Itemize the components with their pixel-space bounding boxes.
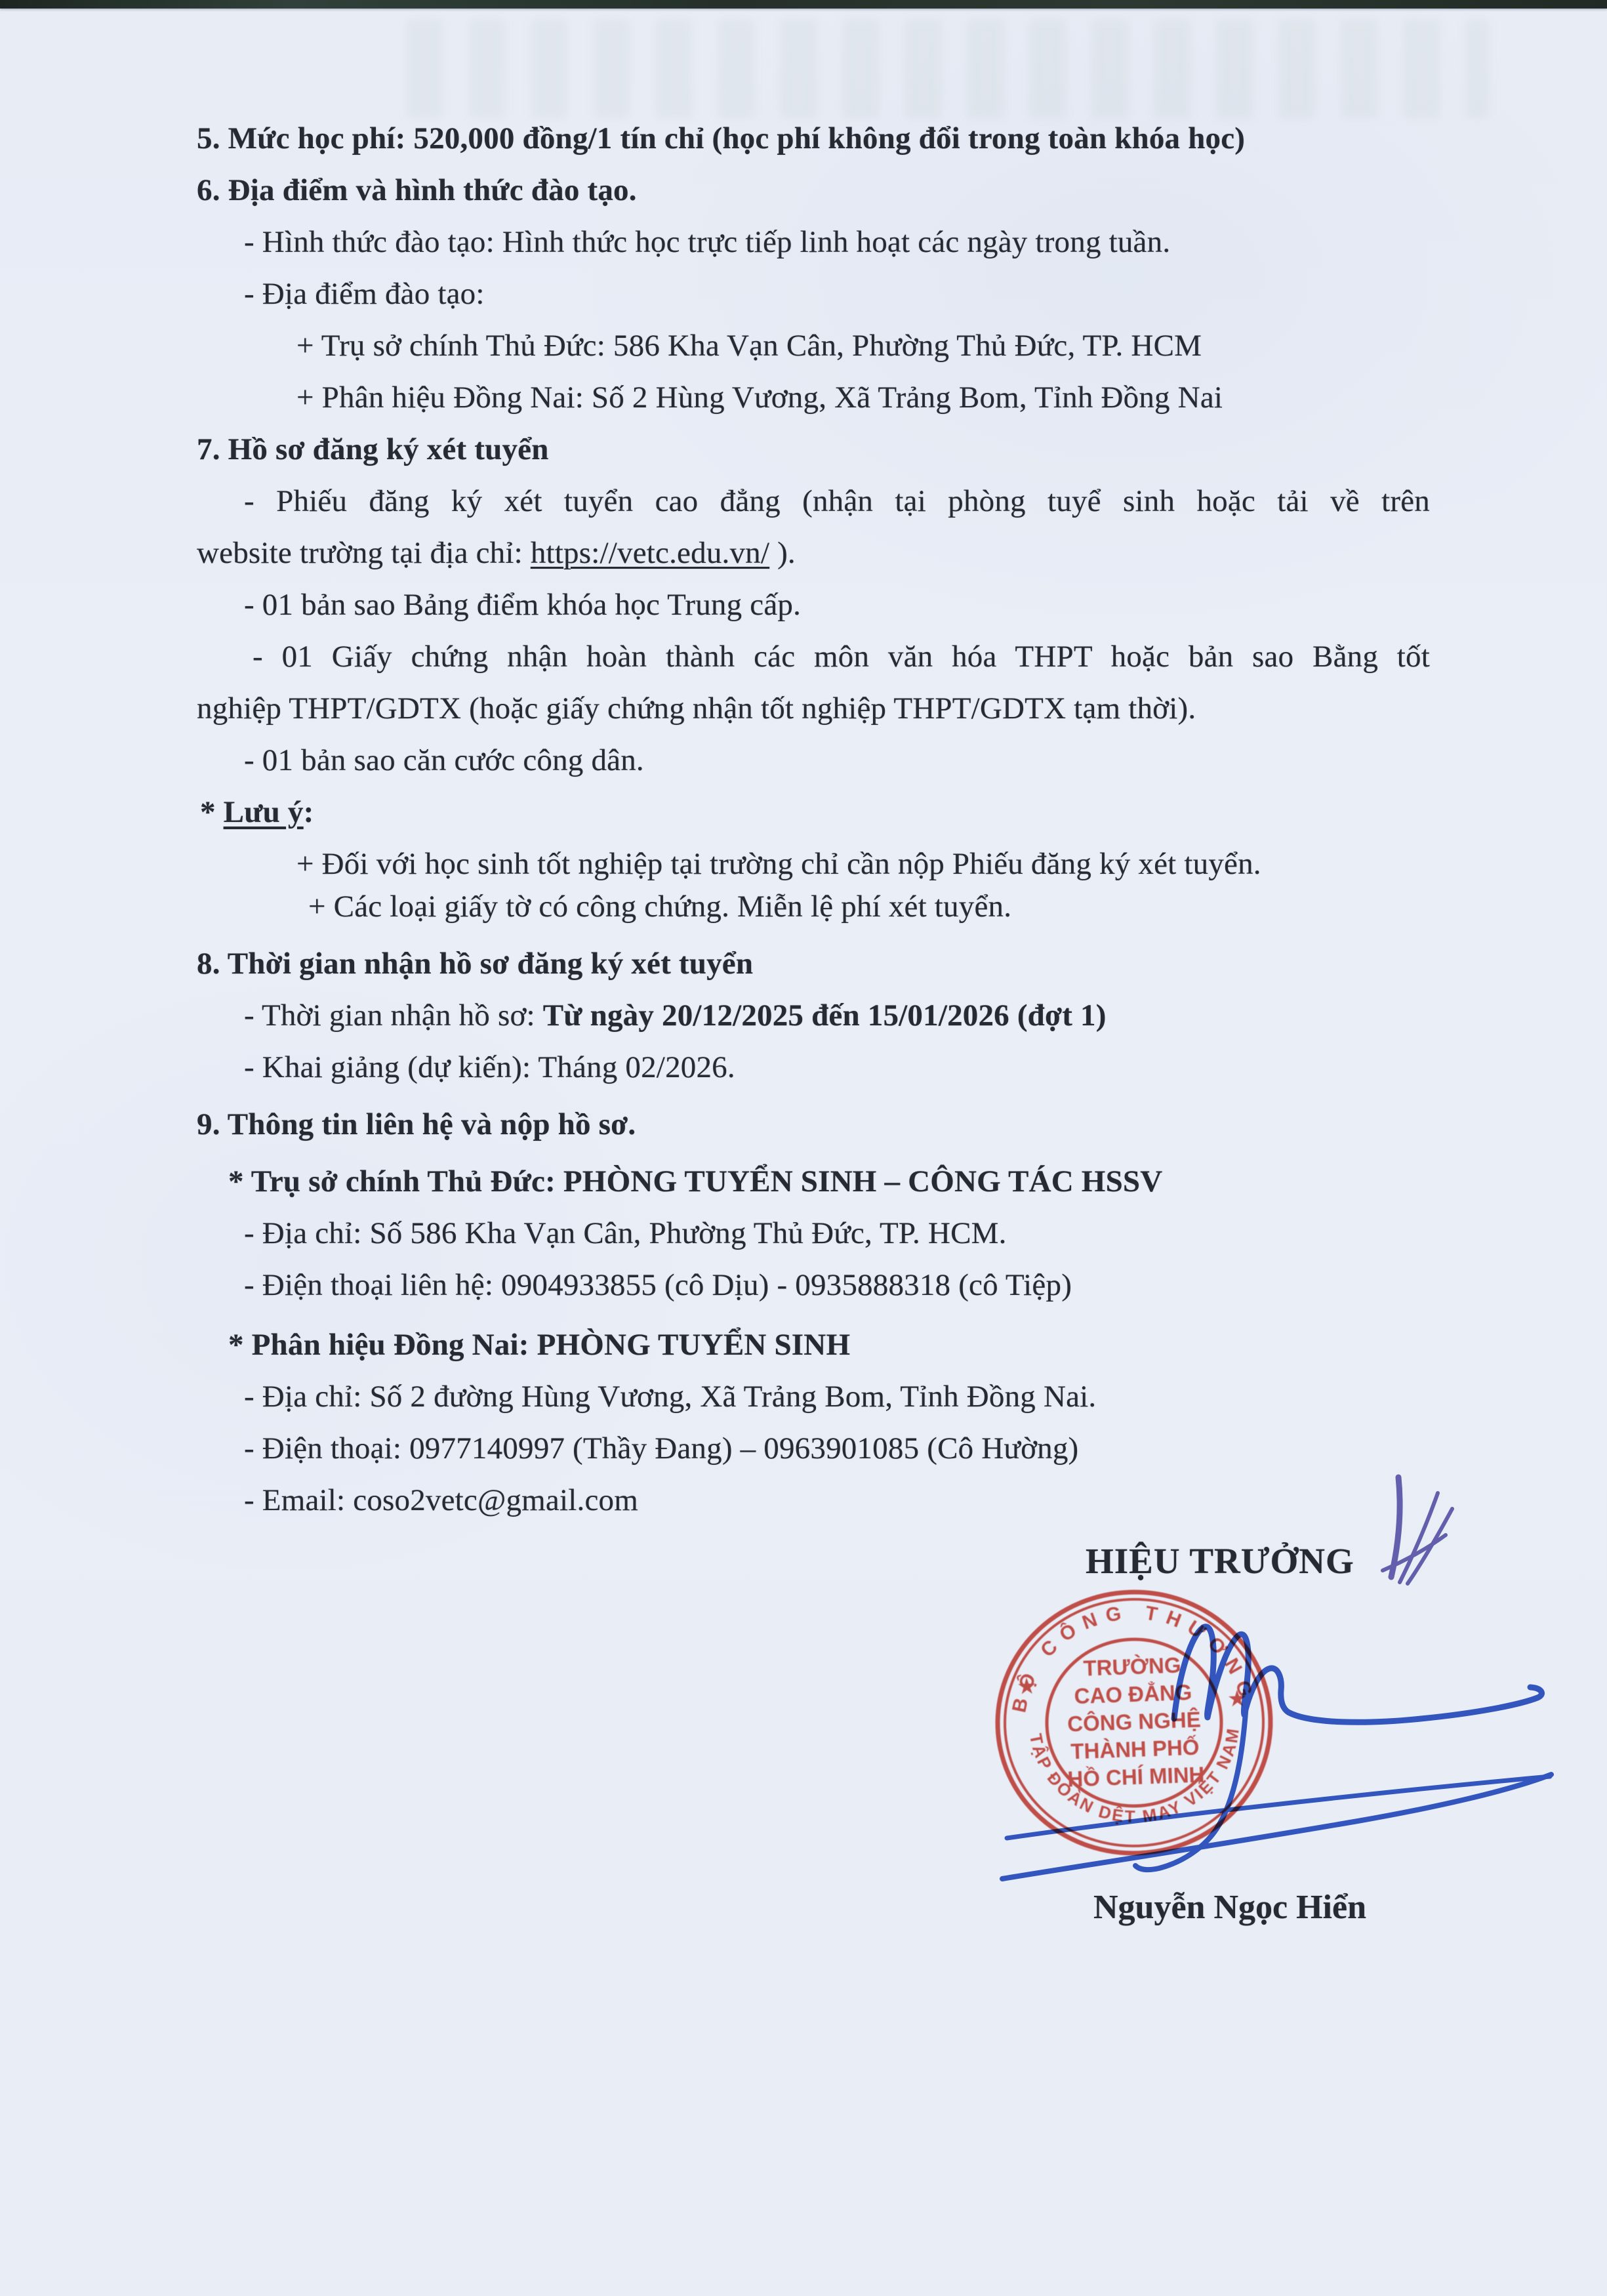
doc-line: 8. Thời gian nhận hồ sơ đăng ký xét tuyể…: [197, 938, 1430, 990]
doc-text: - Địa chỉ: Số 586 Kha Vạn Cân, Phường Th…: [244, 1216, 1007, 1250]
scanned-page: 5. Mức học phí: 520,000 đồng/1 tín chỉ (…: [0, 0, 1607, 2296]
bleed-through-artifact: [407, 20, 1489, 118]
signer-name: Nguyễn Ngọc Hiển: [1069, 1888, 1391, 1927]
doc-text: * Trụ sở chính Thủ Đức: PHÒNG TUYỂN SINH…: [228, 1164, 1162, 1199]
doc-text: 6. Địa điểm và hình thức đào tạo.: [197, 173, 637, 207]
doc-line: - Điện thoại liên hệ: 0904933855 (cô Dịu…: [197, 1260, 1430, 1311]
doc-text: - 01 bản sao Bảng điểm khóa học Trung cấ…: [244, 588, 801, 622]
doc-text: - Điện thoại liên hệ: 0904933855 (cô Dịu…: [244, 1268, 1072, 1302]
doc-text: 9. Thông tin liên hệ và nộp hồ sơ.: [197, 1107, 636, 1141]
doc-line: - Email: coso2vetc@gmail.com: [197, 1475, 1430, 1527]
doc-text: - Phiếu đăng ký xét tuyển cao đẳng (nhận…: [244, 484, 1430, 518]
doc-text: nghiệp THPT/GDTX (hoặc giấy chứng nhận t…: [197, 691, 1196, 726]
doc-line: - 01 Giấy chứng nhận hoàn thành các môn …: [197, 631, 1430, 683]
doc-text: ).: [769, 536, 796, 570]
doc-text: *: [200, 795, 224, 829]
doc-text: + Phân hiệu Đồng Nai: Số 2 Hùng Vương, X…: [296, 380, 1223, 415]
doc-line: + Trụ sở chính Thủ Đức: 586 Kha Vạn Cân,…: [197, 320, 1430, 372]
doc-text: + Đối với học sinh tốt nghiệp tại trường…: [296, 847, 1261, 881]
doc-text: - Khai giảng (dự kiến): Tháng 02/2026.: [244, 1050, 735, 1084]
doc-line: + Phân hiệu Đồng Nai: Số 2 Hùng Vương, X…: [197, 372, 1430, 424]
doc-line: - 01 bản sao Bảng điểm khóa học Trung cấ…: [197, 579, 1430, 631]
doc-text: - Điện thoại: 0977140997 (Thầy Đang) – 0…: [244, 1431, 1078, 1466]
doc-line: * Lưu ý:: [197, 787, 1430, 838]
doc-line: - Khai giảng (dự kiến): Tháng 02/2026.: [197, 1042, 1430, 1094]
doc-line: - Địa chỉ: Số 2 đường Hùng Vương, Xã Trả…: [197, 1371, 1430, 1423]
website-link: https://vetc.edu.vn/: [531, 536, 769, 570]
doc-text: - Địa điểm đào tạo:: [244, 277, 485, 311]
doc-text: + Trụ sở chính Thủ Đức: 586 Kha Vạn Cân,…: [296, 329, 1202, 363]
doc-text: - Email: coso2vetc@gmail.com: [244, 1483, 638, 1517]
paraph-ink: [1359, 1469, 1472, 1593]
doc-text: :: [304, 795, 314, 829]
doc-line: - Phiếu đăng ký xét tuyển cao đẳng (nhận…: [197, 476, 1430, 527]
doc-line: 9. Thông tin liên hệ và nộp hồ sơ.: [197, 1099, 1430, 1151]
doc-text: - Thời gian nhận hồ sơ:: [244, 998, 543, 1033]
doc-text: - 01 Giấy chứng nhận hoàn thành các môn …: [253, 640, 1430, 674]
doc-text: 5. Mức học phí:: [197, 121, 413, 155]
doc-line: - Hình thức đào tạo: Hình thức học trực …: [197, 216, 1430, 268]
doc-text: * Phân hiệu Đồng Nai: PHÒNG TUYỂN SINH: [228, 1328, 850, 1362]
doc-line: 6. Địa điểm và hình thức đào tạo.: [197, 165, 1430, 216]
doc-line: 7. Hồ sơ đăng ký xét tuyển: [197, 424, 1430, 476]
doc-text: 7. Hồ sơ đăng ký xét tuyển: [197, 432, 549, 466]
doc-text: - Địa chỉ: Số 2 đường Hùng Vương, Xã Trả…: [244, 1380, 1096, 1414]
doc-line: - Thời gian nhận hồ sơ: Từ ngày 20/12/20…: [197, 990, 1430, 1042]
signature-stroke: [1174, 1627, 1542, 1723]
scanner-edge-strip: [0, 0, 1607, 9]
doc-text: website trường tại địa chỉ:: [197, 536, 531, 570]
doc-line: - 01 bản sao căn cước công dân.: [197, 735, 1430, 787]
doc-line: website trường tại địa chỉ: https://vetc…: [197, 527, 1430, 579]
doc-text: - 01 bản sao căn cước công dân.: [244, 743, 644, 777]
doc-line: - Điện thoại: 0977140997 (Thầy Đang) – 0…: [197, 1423, 1430, 1475]
doc-line: nghiệp THPT/GDTX (hoặc giấy chứng nhận t…: [197, 683, 1430, 735]
document-body: 5. Mức học phí: 520,000 đồng/1 tín chỉ (…: [197, 113, 1430, 1527]
doc-line: * Trụ sở chính Thủ Đức: PHÒNG TUYỂN SINH…: [197, 1156, 1430, 1208]
doc-line: - Địa điểm đào tạo:: [197, 268, 1430, 320]
signature-stroke: [1007, 1776, 1550, 1838]
doc-line: - Địa chỉ: Số 586 Kha Vạn Cân, Phường Th…: [197, 1208, 1430, 1260]
doc-line: * Phân hiệu Đồng Nai: PHÒNG TUYỂN SINH: [197, 1319, 1430, 1371]
doc-text: - Hình thức đào tạo: Hình thức học trực …: [244, 225, 1170, 259]
doc-text: 8. Thời gian nhận hồ sơ đăng ký xét tuyể…: [197, 947, 753, 981]
doc-text: Lưu ý: [224, 795, 304, 829]
doc-text: Từ ngày 20/12/2025 đến 15/01/2026 (đợt 1…: [543, 998, 1107, 1033]
doc-line: 5. Mức học phí: 520,000 đồng/1 tín chỉ (…: [197, 113, 1430, 165]
doc-text: 520,000 đồng/1 tín chỉ (học phí không đổ…: [413, 121, 1245, 155]
doc-text: + Các loại giấy tờ có công chứng. Miễn l…: [308, 890, 1011, 924]
signature-ink: [951, 1588, 1607, 1916]
signatory-role-title: HIỆU TRƯỞNG: [1086, 1540, 1354, 1582]
